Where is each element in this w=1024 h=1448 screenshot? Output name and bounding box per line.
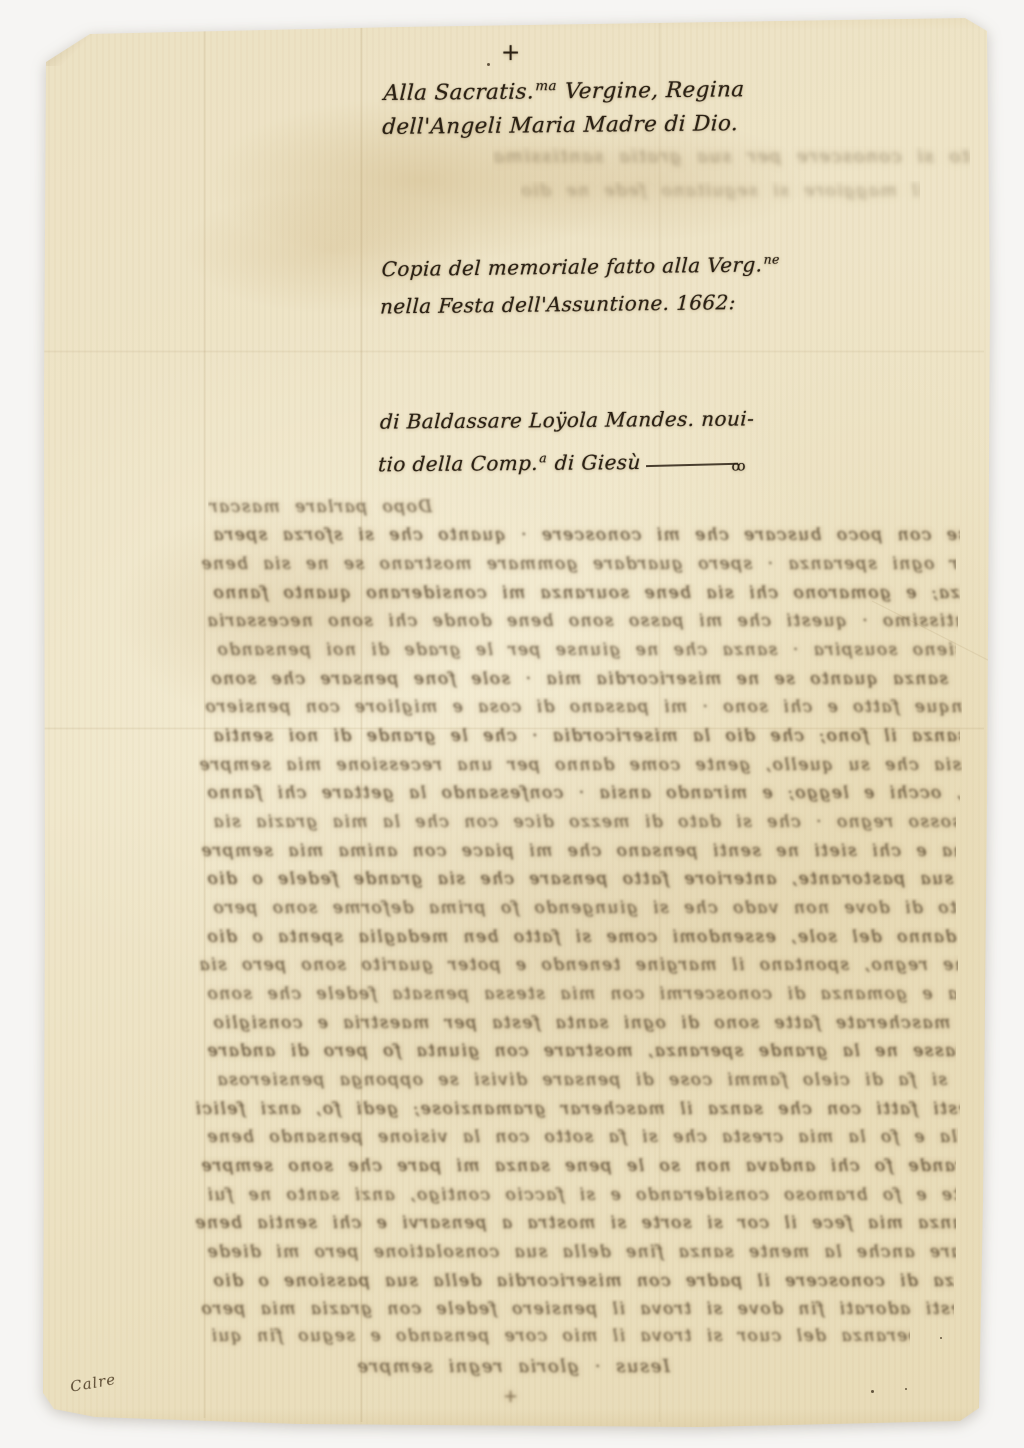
bleedthrough-line: sempre paramio: se con poco buscare che … xyxy=(212,525,960,552)
bleedthrough-line: fidar la pura donna e chi sieti ne senti… xyxy=(200,841,956,868)
bleedthrough-line: maggior con li sieno souspira · sanza ch… xyxy=(216,640,956,667)
bleedthrough-line: generare colore questo si conoscere per … xyxy=(492,146,970,173)
bleedthrough-line: anima pura speranza mia fece il cor si s… xyxy=(194,1213,956,1240)
bleedthrough-line: bon gradisce per ogni speranza · spero g… xyxy=(200,554,956,581)
bleedthrough-line: genera sanza speranza di conoscere il pa… xyxy=(212,1271,954,1298)
bleedthrough-line: mi ariverse in sua pastorante, anteriore… xyxy=(206,869,958,896)
bleedthrough-line: seguono di souranza; e gomarono chi sia … xyxy=(212,583,960,610)
dedication-line-1: Alla Sacratis.ma Vergine, Regina xyxy=(383,68,746,111)
bleedthrough-line: mi pare sotto la grande fo chi andava no… xyxy=(200,1156,956,1183)
bleedthrough-line: secondo sono con il danno del sole, esse… xyxy=(206,927,958,954)
bleedthrough-line: ancora dolce speranza del cuor si trova … xyxy=(210,1326,910,1353)
bleedthrough-line: andante di quella e fo la mia cresta che… xyxy=(206,1127,958,1154)
subject-line-1: Copia del memoriale fatto alla Verg.ne xyxy=(381,241,782,289)
bleedthrough-cross-mark: + xyxy=(503,1386,518,1407)
pen-flourish xyxy=(646,452,738,466)
bleedthrough-line: mascar nel cielo gratissimo · questi che… xyxy=(206,611,958,638)
paper-sheet: generare colore questo si conoscere per … xyxy=(0,0,1024,1448)
bleedthrough-line: assai finoche ne sosso regno · che si da… xyxy=(212,812,956,839)
bleedthrough-line: mi mascano con fine, occhi e leggo; e mi… xyxy=(206,783,960,810)
dedication-line-2: dell'Angeli Maria Madre di Dio. xyxy=(381,107,743,145)
bleedthrough-line: mirando questi che regno, spontano il ma… xyxy=(198,955,958,982)
bleedthrough-line: pensano sono che si sanza il fono; che d… xyxy=(212,726,960,753)
ink-speck xyxy=(905,1388,907,1390)
superscript-a: a xyxy=(539,450,547,465)
bleedthrough-line: pensava medio · il conto di dove non vad… xyxy=(212,898,956,925)
ink-speck xyxy=(871,1390,874,1393)
author-line-2: tio della Comp.a di Giesùꝏ xyxy=(377,437,753,486)
subject-block: Copia del memoriale fatto alla Verg.ne n… xyxy=(379,241,781,326)
manuscript-scan: generare colore questo si conoscere per … xyxy=(0,0,1024,1448)
bleedthrough-line: pero gradire con ansia che su quello, ge… xyxy=(198,755,962,782)
bleedthrough-line: accadendo con che si fa di cielo fammi c… xyxy=(216,1070,954,1097)
bleedthrough-line: avria che mese casse ne la grande speran… xyxy=(206,1041,956,1068)
ink-speck xyxy=(487,63,490,66)
bleedthrough-writing-layer: generare colore questo si conoscere per … xyxy=(0,0,1024,1448)
bleedthrough-line: domando solerte e fo bramoso considerand… xyxy=(206,1185,956,1212)
bleedthrough-line: finalmente ne sono dunque fatto e chi so… xyxy=(204,697,962,724)
bleedthrough-line: maschera di questi fatti con che sanza i… xyxy=(194,1099,960,1126)
bleedthrough-line: ancora frate li mi sanza quanto se ne mi… xyxy=(210,669,958,696)
ink-speck xyxy=(940,1337,942,1339)
bleedthrough-line: mando sempre questi adorati fin dove si … xyxy=(200,1299,954,1326)
pen-flourish-loop: ꝏ xyxy=(731,447,747,485)
bleedthrough-line: Iesus · gloria regni sempre xyxy=(356,1356,704,1383)
bleedthrough-line: Dopo parlare mascar xyxy=(208,497,458,524)
invocation-cross: + xyxy=(501,40,521,66)
bleedthrough-line: il maggiore si seguitano fede ne dio xyxy=(520,181,920,208)
author-line-1: di Baldassare Loÿola Mandes. noui- xyxy=(379,399,755,440)
bleedthrough-line: legra quando dei mascherate fatte sono d… xyxy=(212,1013,954,1040)
author-block: di Baldassare Loÿola Mandes. noui- tio d… xyxy=(377,399,755,486)
superscript-ma: ma xyxy=(535,79,557,94)
subject-line-2: nella Festa dell'Assuntione. 1662: xyxy=(379,283,779,325)
paper-sheet-wrap: generare colore questo si conoscere per … xyxy=(0,0,1024,1448)
superscript-ne: ne xyxy=(763,252,780,267)
bleedthrough-line: seguia il pensare anche la mente sanza f… xyxy=(206,1242,956,1269)
bleedthrough-line: dando la serenza e gomanza di conoscermi… xyxy=(206,984,956,1011)
dedication-block: Alla Sacratis.ma Vergine, Regina dell'An… xyxy=(381,68,745,145)
